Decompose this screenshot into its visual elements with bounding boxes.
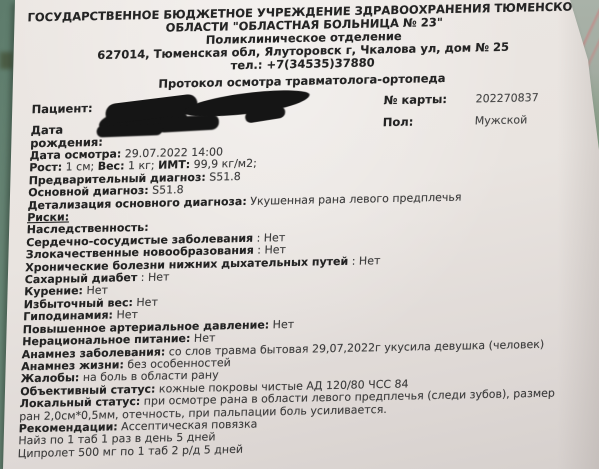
patient-meta: № карты:202270837 Пол:Мужской: [383, 91, 539, 129]
redaction-mark: [157, 114, 219, 132]
photo-scene: ГОСУДАРСТВЕННОЕ БЮДЖЕТНОЕ УЧРЕЖДЕНИЕ ЗДР…: [0, 0, 599, 469]
document-body: Дата осмотра: 29.07.2022 14:00 Рост: 1 с…: [18, 139, 583, 460]
card-number-value: 202270837: [475, 91, 539, 105]
document-paper: ГОСУДАРСТВЕННОЕ БЮДЖЕТНОЕ УЧРЕЖДЕНИЕ ЗДР…: [0, 0, 599, 469]
redacted-patient-data: [94, 92, 318, 146]
birth-date-label: Дата рождения:: [30, 122, 103, 150]
patient-name-label: Пациент:: [31, 102, 104, 117]
document-header: ГОСУДАРСТВЕННОЕ БЮДЖЕТНОЕ УЧРЕЖДЕНИЕ ЗДР…: [19, 0, 589, 76]
card-number-label: № карты:: [383, 92, 476, 107]
sex-value: Мужской: [475, 113, 528, 127]
sex-label: Пол:: [383, 114, 476, 129]
patient-section: Пациент: Дата рождения: № карты:2022708: [30, 86, 585, 149]
redaction-mark: [97, 123, 163, 137]
patient-labels: Пациент: Дата рождения:: [30, 102, 104, 151]
card-number-row: № карты:202270837: [383, 91, 539, 107]
document-content: ГОСУДАРСТВЕННОЕ БЮДЖЕТНОЕ УЧРЕЖДЕНИЕ ЗДР…: [0, 0, 599, 461]
paper-shadow: ГОСУДАРСТВЕННОЕ БЮДЖЕТНОЕ УЧРЕЖДЕНИЕ ЗДР…: [0, 0, 599, 469]
sex-row: Пол:Мужской: [383, 113, 539, 129]
